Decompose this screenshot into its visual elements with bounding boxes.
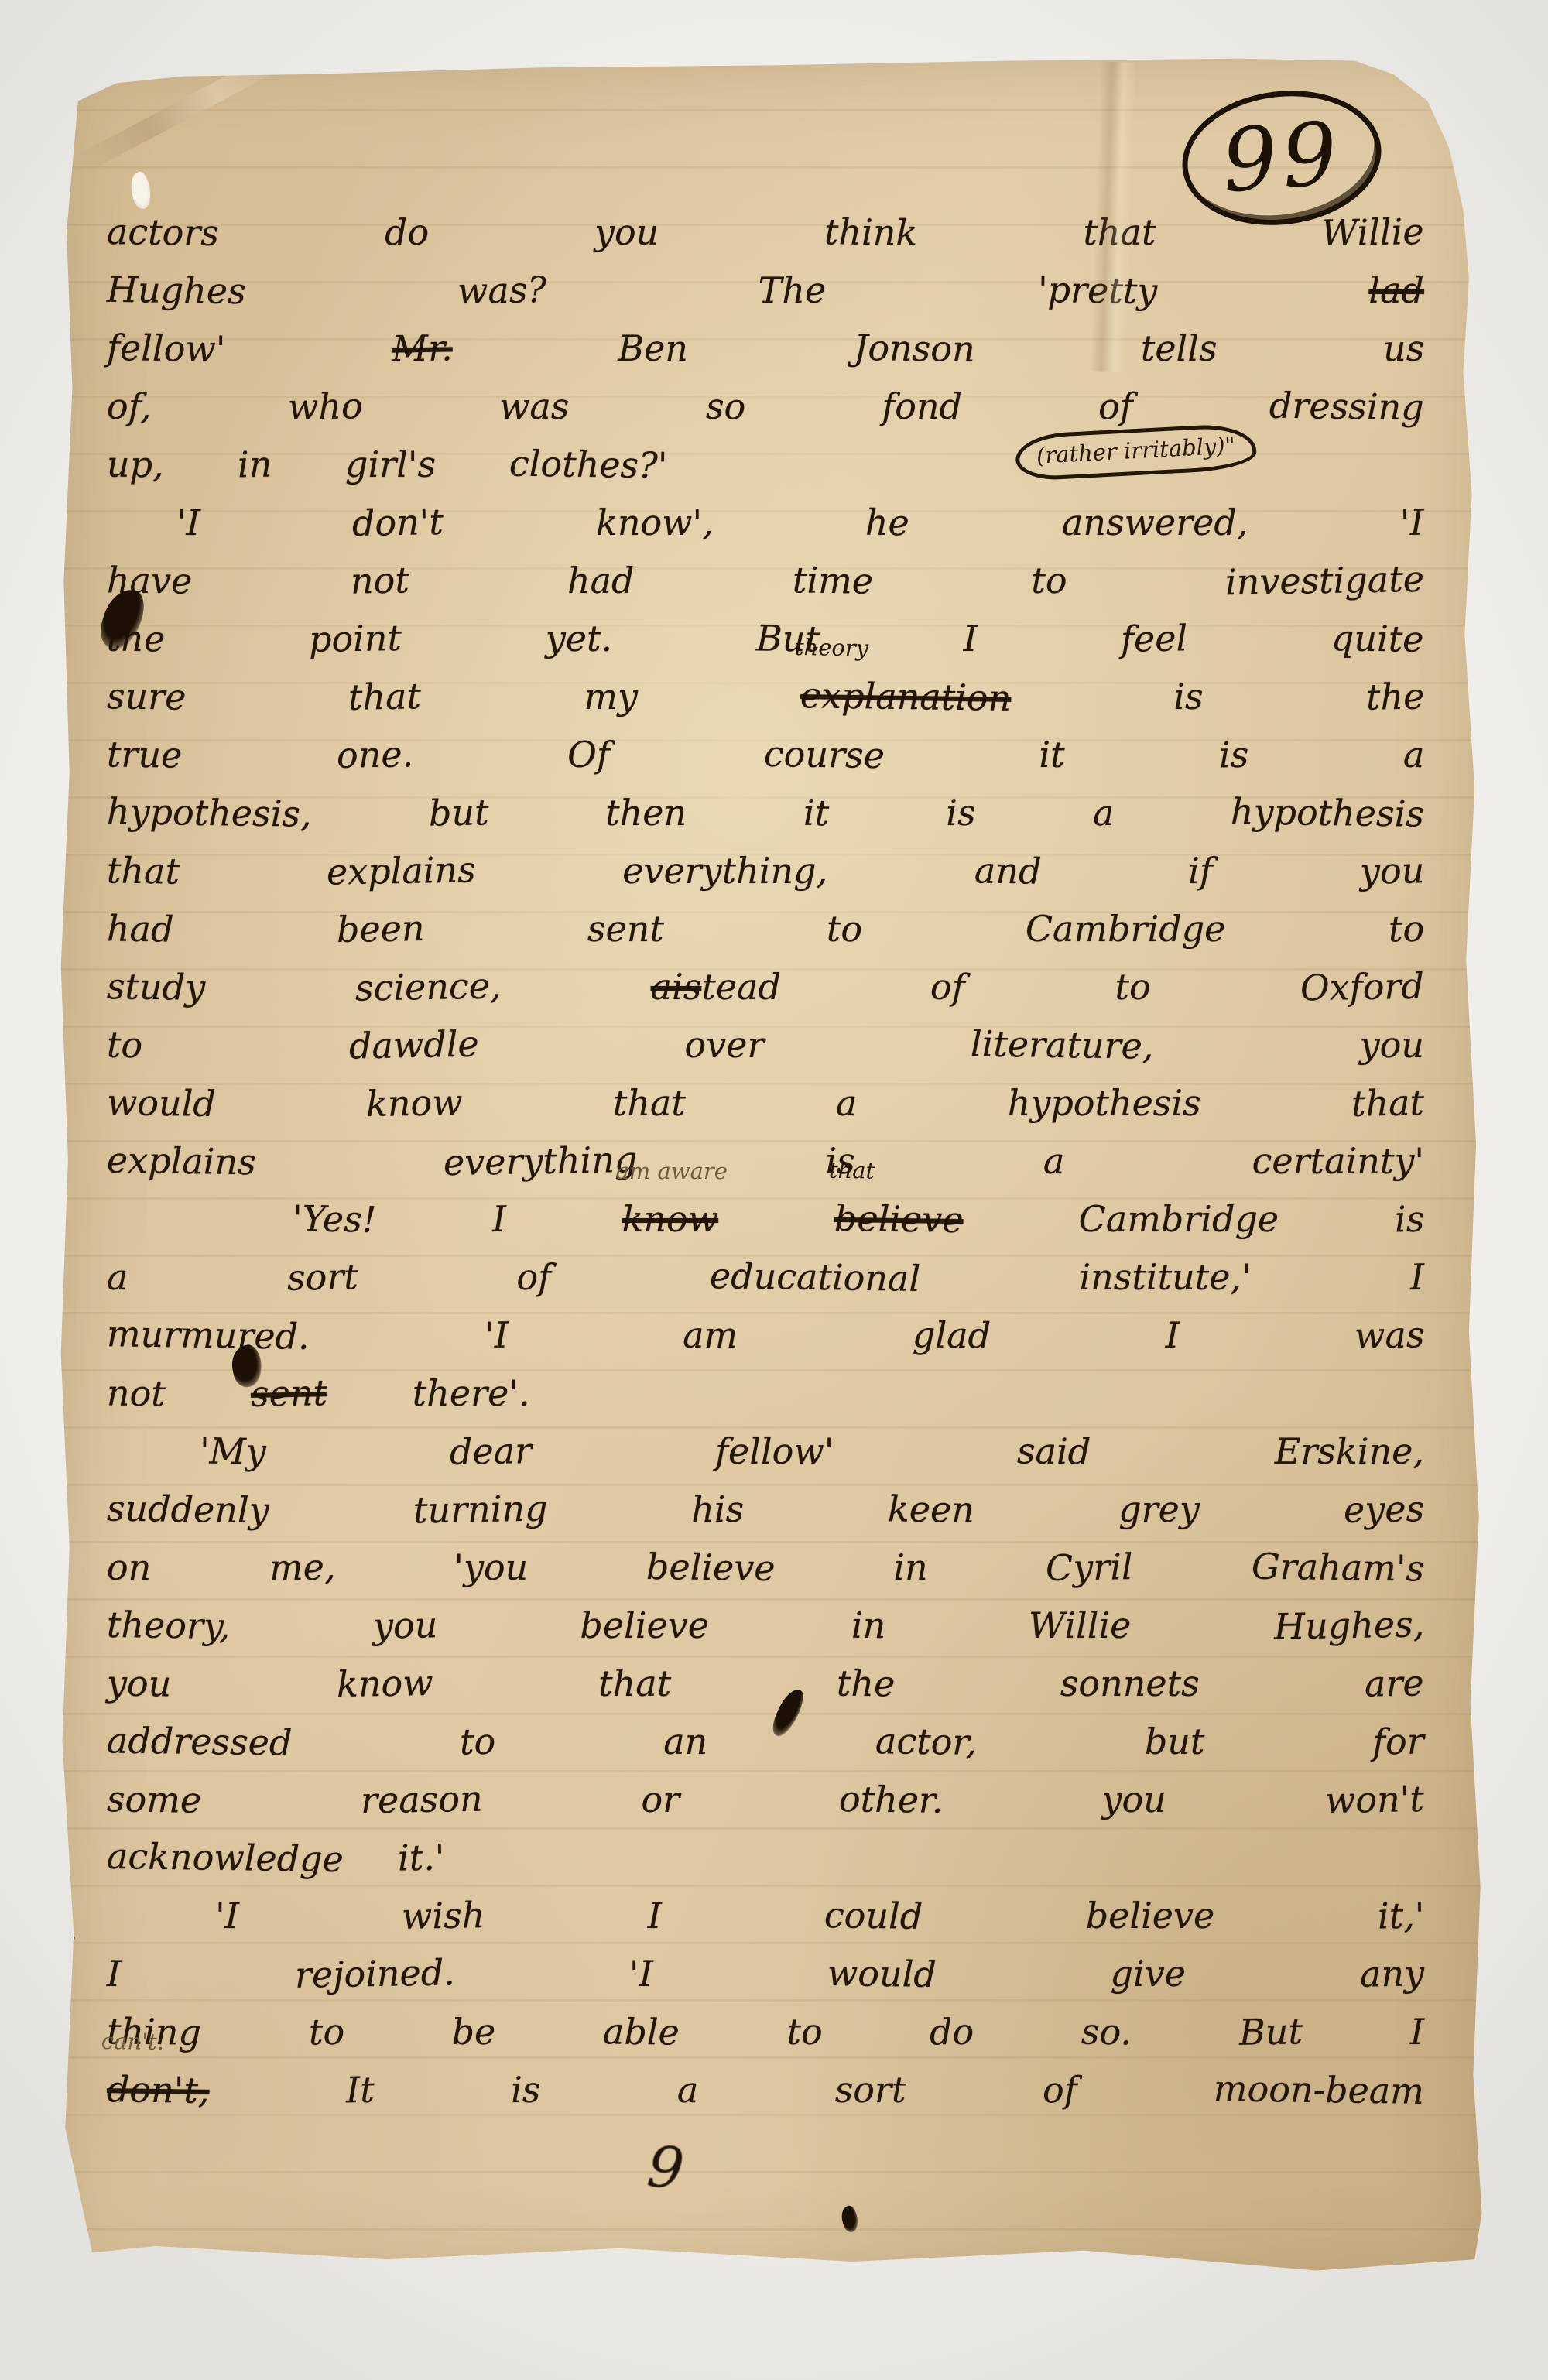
manuscript-line: Irejoined.'Iwouldgiveany xyxy=(107,1945,1424,2003)
word: 'I xyxy=(629,1945,653,2003)
word: that xyxy=(1351,1074,1424,1133)
ink-blot: 9 xyxy=(639,2132,693,2204)
ink-blot xyxy=(54,1978,62,2009)
word: answered,(rather irritably)" xyxy=(1062,494,1248,552)
word: explains xyxy=(106,1132,256,1192)
word: Cambridge xyxy=(1026,900,1226,958)
word: was? xyxy=(457,261,546,320)
manuscript-line: thatexplainseverything,andifyou xyxy=(107,842,1424,900)
word: sent xyxy=(250,1364,327,1423)
ink-blot xyxy=(839,2204,861,2234)
word: you xyxy=(1359,841,1425,900)
paper: 99 actorsdoyouthinkthatWillieHugheswas?T… xyxy=(58,54,1486,2279)
word: sonnets xyxy=(1060,1655,1200,1713)
word: grey xyxy=(1118,1481,1200,1539)
word: I xyxy=(106,1945,121,2003)
word: any xyxy=(1359,1944,1424,2003)
word: lad xyxy=(1368,262,1424,320)
word: am xyxy=(683,1306,738,1365)
word: to xyxy=(1031,552,1067,610)
word: up, xyxy=(106,435,164,494)
word: Hughes, xyxy=(1273,1595,1425,1656)
interlinear-insertion: that xyxy=(828,1159,875,1183)
manuscript-line: don't,can't.Itisasortofmoon-beam xyxy=(107,2061,1424,2119)
word: I xyxy=(1409,1248,1424,1306)
word: said xyxy=(1017,1422,1091,1481)
word: Willie xyxy=(1029,1597,1132,1655)
word: addressed xyxy=(106,1711,292,1772)
word: my xyxy=(584,668,638,726)
word: acknowledge xyxy=(106,1827,344,1889)
word: then xyxy=(605,784,687,842)
manuscript-line: murmured.'IamgladIwas xyxy=(107,1306,1424,1365)
word: a xyxy=(676,2061,698,2119)
word: his xyxy=(691,1481,744,1539)
word: won't xyxy=(1324,1770,1424,1830)
word: of xyxy=(516,1248,551,1306)
word: could xyxy=(824,1886,923,1946)
word: Cyril xyxy=(1046,1538,1134,1598)
word: you xyxy=(372,1596,438,1655)
word: or xyxy=(641,1771,680,1829)
word: science, xyxy=(354,957,502,1017)
word: hypothesis xyxy=(1008,1074,1201,1132)
word: a xyxy=(1043,1132,1064,1190)
manuscript-text: actorsdoyouthinkthatWillieHugheswas?The'… xyxy=(107,204,1424,2119)
word: dressing xyxy=(1269,377,1425,437)
word: who xyxy=(287,377,363,437)
word: point xyxy=(308,609,402,669)
word: Of xyxy=(567,726,610,784)
manuscript-line: youknowthatthesonnetsare xyxy=(107,1655,1424,1713)
word: the xyxy=(1365,667,1425,726)
page-number: 99 xyxy=(1218,104,1344,212)
word: of, xyxy=(106,378,152,437)
word: clothes?' xyxy=(509,435,668,495)
word: suddenly xyxy=(106,1480,269,1540)
word: is xyxy=(946,784,975,842)
word: But xyxy=(1239,2002,1303,2061)
word: don't,can't. xyxy=(106,2060,210,2120)
word: know', xyxy=(596,494,714,552)
word-part: tead xyxy=(701,966,781,1008)
word: sort xyxy=(835,2061,906,2119)
word: to xyxy=(1115,958,1151,1016)
word: everything xyxy=(444,1131,639,1192)
word: fellow' xyxy=(715,1423,834,1481)
word: you xyxy=(106,1654,171,1713)
word: everything, xyxy=(622,842,827,900)
word: Jonson xyxy=(854,319,976,378)
insertion-text: (rather irritably)" xyxy=(1015,423,1258,482)
word: be xyxy=(452,2003,496,2061)
word: Mr. xyxy=(391,319,453,378)
word: certainty' xyxy=(1252,1132,1424,1190)
word: sent xyxy=(587,900,664,958)
word: turning xyxy=(413,1479,548,1539)
manuscript-line: notsentthere'. xyxy=(107,1365,1424,1423)
word: Ben xyxy=(618,320,688,378)
word: 'I xyxy=(214,1887,239,1945)
ink-blot xyxy=(63,1935,75,1969)
word: 'My xyxy=(199,1422,266,1481)
word: us xyxy=(1382,320,1425,378)
word: explanationtheory xyxy=(800,666,1011,728)
interlinear-insertion: (rather irritably)" xyxy=(1015,429,1256,475)
word: so. xyxy=(1081,2003,1132,2062)
word: 'Yes! xyxy=(292,1190,376,1249)
word: sort xyxy=(286,1248,358,1307)
word: knowam aware xyxy=(622,1190,719,1248)
manuscript-line: acknowledgeit.' xyxy=(107,1829,1424,1887)
word: would xyxy=(106,1074,216,1133)
word: not xyxy=(106,1364,166,1423)
word: in xyxy=(237,436,272,495)
word: course xyxy=(764,725,885,785)
word: of xyxy=(1042,2061,1077,2120)
word: actors xyxy=(106,203,219,262)
manuscript-line: thepointyet.ButIfeelquite xyxy=(107,610,1424,668)
word: that xyxy=(613,1074,686,1132)
word: institute,' xyxy=(1079,1248,1251,1306)
word: an xyxy=(663,1713,707,1771)
manuscript-line: Hugheswas?The'prettylad xyxy=(107,262,1424,320)
word: if xyxy=(1188,842,1213,900)
word: It xyxy=(345,2061,375,2120)
manuscript-line: 'Mydearfellow'saidErskine, xyxy=(107,1423,1424,1481)
word: it xyxy=(803,784,830,842)
word: 'I xyxy=(176,494,200,552)
word: is xyxy=(511,2061,540,2119)
word: eyes xyxy=(1343,1480,1424,1539)
interlinear-insertion: am aware xyxy=(616,1159,728,1183)
word: believe xyxy=(1086,1887,1215,1945)
manuscript-line: 'IwishIcouldbelieveit,' xyxy=(107,1887,1424,1945)
word: think xyxy=(824,203,918,262)
word: yet. xyxy=(546,610,612,668)
manuscript-line: havenothadtimetoinvestigate xyxy=(107,552,1424,610)
word: to xyxy=(106,1016,142,1075)
word: do xyxy=(384,204,429,262)
manuscript-line: todawdleoverliterature,you xyxy=(107,1016,1424,1074)
word: to xyxy=(787,2003,823,2061)
word: fond xyxy=(882,378,962,436)
manuscript-line: studyscience,aisteadoftoOxford xyxy=(107,958,1424,1016)
manuscript-line: asortofeducationalinstitute,'I xyxy=(107,1248,1424,1306)
word: other. xyxy=(838,1770,944,1830)
word-part: ais xyxy=(651,966,702,1008)
manuscript-line: trueone.Ofcourseitisa xyxy=(107,726,1424,784)
manuscript-line: addressedtoanactor,butfor xyxy=(107,1713,1424,1771)
word: to xyxy=(827,900,863,959)
manuscript-line: 'Yes!Iknowam awarebelievethatCambridgeis xyxy=(107,1190,1424,1248)
word: do xyxy=(930,2003,974,2062)
word: explains xyxy=(326,841,476,901)
word: is xyxy=(1173,668,1203,726)
insertion-text: am aware xyxy=(616,1159,728,1183)
word: it xyxy=(1039,726,1064,784)
word: you xyxy=(1360,1016,1424,1074)
word: theory, xyxy=(106,1596,231,1656)
word: to xyxy=(308,2003,344,2062)
word: Hughes xyxy=(106,261,246,321)
paper-crease xyxy=(74,47,289,174)
word: not xyxy=(350,551,409,610)
word: one. xyxy=(336,725,413,785)
word: in xyxy=(893,1539,927,1597)
word: was xyxy=(1354,1306,1425,1365)
word: are xyxy=(1365,1654,1425,1713)
word: investigate xyxy=(1224,550,1424,611)
manuscript-photo: 99 actorsdoyouthinkthatWillieHugheswas?T… xyxy=(0,0,1548,2380)
word: believe xyxy=(646,1538,776,1598)
word: it,' xyxy=(1377,1886,1425,1945)
insertion-text: that xyxy=(828,1159,875,1183)
word: but xyxy=(1145,1713,1205,1771)
word: hypothesis, xyxy=(106,782,312,844)
word: don't xyxy=(352,493,444,553)
word: hypothesis xyxy=(1230,782,1424,843)
word: 'you xyxy=(454,1539,528,1597)
word: Willie xyxy=(1321,203,1425,262)
manuscript-line: actorsdoyouthinkthatWillie xyxy=(107,204,1424,262)
word: believe xyxy=(580,1597,709,1655)
word: I xyxy=(491,1190,506,1248)
word: feel xyxy=(1121,609,1188,668)
word: believethat xyxy=(834,1190,964,1249)
word: I xyxy=(648,1887,662,1945)
word: would xyxy=(827,1944,937,2004)
word: is xyxy=(1394,1190,1425,1249)
word: rejoined. xyxy=(295,1943,456,2005)
word: Graham's xyxy=(1251,1537,1424,1598)
word: educational xyxy=(710,1247,921,1308)
manuscript-line: onme,'youbelieveinCyrilGraham's xyxy=(107,1539,1424,1597)
word: dear xyxy=(449,1422,532,1481)
manuscript-line: explainseverythingisacertainty' xyxy=(107,1132,1424,1190)
manuscript-line: 'Idon'tknow',heanswered,(rather irritabl… xyxy=(107,494,1424,552)
word: murmured. xyxy=(106,1305,310,1366)
word: but xyxy=(428,783,489,842)
word: Oxford xyxy=(1300,957,1425,1018)
word: it.' xyxy=(397,1828,445,1887)
word: glad xyxy=(912,1306,991,1365)
word: over xyxy=(685,1016,765,1074)
word: there'. xyxy=(413,1365,530,1423)
interlinear-insertion: theory xyxy=(795,635,869,660)
word: girl's xyxy=(345,436,436,494)
word: that xyxy=(106,841,180,900)
manuscript-line: suddenlyturninghiskeengreyeyes xyxy=(107,1481,1424,1539)
word: actor, xyxy=(875,1712,978,1772)
word: of xyxy=(1098,378,1134,437)
word: 'I xyxy=(1399,494,1424,553)
word: I xyxy=(964,610,978,668)
word: to xyxy=(1388,900,1424,959)
word: moon-beam xyxy=(1214,2060,1425,2121)
word: for xyxy=(1372,1712,1425,1771)
word: quite xyxy=(1331,609,1425,669)
word: time xyxy=(792,551,873,610)
word: had xyxy=(567,552,635,610)
word: the xyxy=(836,1654,895,1713)
word: tells xyxy=(1141,320,1218,378)
word: The xyxy=(759,262,827,320)
word: of xyxy=(930,958,966,1017)
word: I xyxy=(1166,1306,1180,1365)
manuscript-line: surethatmyexplanationtheoryisthe xyxy=(107,668,1424,726)
insertion-text: can't. xyxy=(101,2029,164,2054)
insertion-text: theory xyxy=(795,635,869,660)
word: is xyxy=(1218,726,1249,785)
word: you xyxy=(594,204,659,262)
manuscript-line: thingtobeabletodoso.ButI xyxy=(107,2003,1424,2061)
word: you xyxy=(1101,1771,1166,1829)
manuscript-line: somereasonorother.youwon't xyxy=(107,1771,1424,1829)
word: true xyxy=(106,725,182,784)
word: Erskine, xyxy=(1275,1423,1424,1481)
word: dawdle xyxy=(348,1015,479,1076)
word: was xyxy=(499,378,569,436)
word: keen xyxy=(888,1480,975,1539)
manuscript-line: theory,youbelieveinWillieHughes, xyxy=(107,1597,1424,1655)
manuscript-line: hadbeensenttoCambridgeto xyxy=(107,900,1424,958)
word: know xyxy=(365,1074,463,1133)
word: aistead xyxy=(651,958,781,1016)
word: able xyxy=(602,2002,680,2061)
word: literature, xyxy=(970,1015,1154,1075)
word: 'I xyxy=(484,1306,509,1365)
word: so xyxy=(705,378,745,437)
word: Cambridge xyxy=(1079,1190,1279,1248)
word: I xyxy=(1410,2003,1424,2061)
word: had xyxy=(106,899,174,958)
word: that xyxy=(348,667,422,727)
word: me, xyxy=(269,1538,336,1597)
word: know xyxy=(336,1654,433,1714)
word: he xyxy=(865,494,910,553)
manuscript-line: fellow'Mr.BenJonsontellsus xyxy=(107,320,1424,378)
word: a xyxy=(106,1248,128,1306)
word: in xyxy=(851,1597,886,1656)
word: give xyxy=(1111,1945,1186,2003)
manuscript-line: hypothesis,butthenitisahypothesis xyxy=(107,784,1424,842)
word: a xyxy=(1092,784,1115,842)
word: wish xyxy=(401,1886,485,1946)
word: to xyxy=(460,1713,496,1772)
word: fellow' xyxy=(106,319,225,378)
word: been xyxy=(336,899,425,959)
word: and xyxy=(974,841,1042,900)
word: a xyxy=(836,1074,858,1132)
word: reason xyxy=(360,1770,483,1830)
word: that xyxy=(598,1655,671,1713)
word: some xyxy=(106,1770,201,1830)
manuscript-line: wouldknowthatahypothesisthat xyxy=(107,1074,1424,1132)
interlinear-insertion: can't. xyxy=(101,2029,164,2054)
word: study xyxy=(106,957,205,1017)
word: sure xyxy=(106,667,186,726)
word: a xyxy=(1402,726,1424,784)
word: on xyxy=(106,1539,151,1598)
